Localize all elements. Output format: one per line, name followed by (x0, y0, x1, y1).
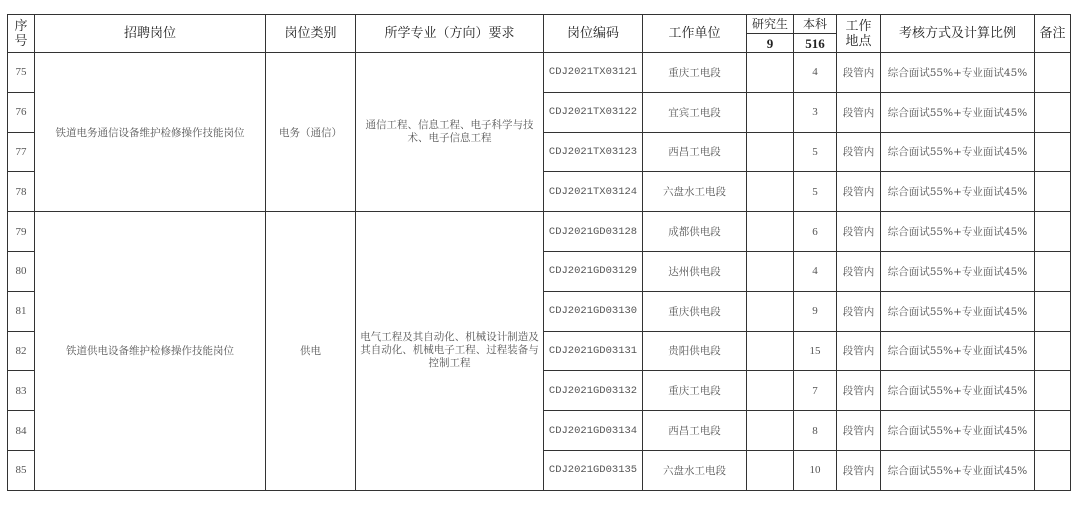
row-bachelor: 10 (794, 450, 837, 490)
header-grad-total: 9 (747, 34, 794, 53)
row-bachelor: 3 (794, 92, 837, 132)
row-code: CDJ2021TX03124 (544, 172, 643, 212)
header-location-label: 工作地点 (845, 19, 873, 49)
row-code: CDJ2021GD03132 (544, 371, 643, 411)
header-major: 所学专业（方向）要求 (356, 15, 544, 53)
row-seq: 78 (8, 172, 35, 212)
table-body: 75 铁道电务通信设备维护检修操作技能岗位 电务（通信） 通信工程、信息工程、电… (8, 53, 1071, 491)
row-bachelor: 4 (794, 53, 837, 93)
row-remark (1035, 92, 1071, 132)
row-method: 综合面试55%+专业面试45% (881, 53, 1035, 93)
row-unit: 重庆工电段 (643, 53, 747, 93)
row-grad (747, 53, 794, 93)
header-bachelor: 本科 (794, 15, 837, 34)
row-seq: 76 (8, 92, 35, 132)
row-bachelor: 15 (794, 331, 837, 371)
row-code: CDJ2021GD03135 (544, 450, 643, 490)
row-code: CDJ2021GD03129 (544, 251, 643, 291)
row-seq: 79 (8, 212, 35, 252)
row-seq: 82 (8, 331, 35, 371)
row-unit: 成都供电段 (643, 212, 747, 252)
row-location: 段管内 (837, 53, 881, 93)
row-unit: 六盘水工电段 (643, 172, 747, 212)
row-bachelor: 7 (794, 371, 837, 411)
row-unit: 重庆工电段 (643, 371, 747, 411)
category-cell: 电务（通信） (266, 53, 356, 212)
row-method: 综合面试55%+专业面试45% (881, 132, 1035, 172)
category-cell: 供电 (266, 212, 356, 491)
row-method: 综合面试55%+专业面试45% (881, 251, 1035, 291)
row-remark (1035, 450, 1071, 490)
row-remark (1035, 331, 1071, 371)
row-location: 段管内 (837, 251, 881, 291)
row-seq: 81 (8, 291, 35, 331)
row-bachelor: 9 (794, 291, 837, 331)
row-remark (1035, 132, 1071, 172)
row-seq: 83 (8, 371, 35, 411)
row-bachelor: 4 (794, 251, 837, 291)
header-position: 招聘岗位 (35, 15, 266, 53)
header-code: 岗位编码 (544, 15, 643, 53)
row-bachelor: 8 (794, 411, 837, 451)
row-grad (747, 291, 794, 331)
row-code: CDJ2021TX03122 (544, 92, 643, 132)
row-bachelor: 6 (794, 212, 837, 252)
row-method: 综合面试55%+专业面试45% (881, 291, 1035, 331)
row-unit: 贵阳供电段 (643, 331, 747, 371)
row-method: 综合面试55%+专业面试45% (881, 172, 1035, 212)
table-row: 75 铁道电务通信设备维护检修操作技能岗位 电务（通信） 通信工程、信息工程、电… (8, 53, 1071, 93)
row-seq: 84 (8, 411, 35, 451)
row-remark (1035, 411, 1071, 451)
header-unit: 工作单位 (643, 15, 747, 53)
row-code: CDJ2021GD03134 (544, 411, 643, 451)
row-seq: 77 (8, 132, 35, 172)
row-grad (747, 371, 794, 411)
row-unit: 重庆供电段 (643, 291, 747, 331)
row-location: 段管内 (837, 450, 881, 490)
row-location: 段管内 (837, 92, 881, 132)
row-unit: 达州供电段 (643, 251, 747, 291)
row-method: 综合面试55%+专业面试45% (881, 411, 1035, 451)
header-grad: 研究生 (747, 15, 794, 34)
header-seq: 序号 (8, 15, 35, 53)
row-method: 综合面试55%+专业面试45% (881, 92, 1035, 132)
row-code: CDJ2021GD03131 (544, 331, 643, 371)
row-method: 综合面试55%+专业面试45% (881, 450, 1035, 490)
row-grad (747, 331, 794, 371)
recruitment-table: 序号 招聘岗位 岗位类别 所学专业（方向）要求 岗位编码 工作单位 研究生 本科… (7, 14, 1071, 491)
header-bachelor-total: 516 (794, 34, 837, 53)
row-unit: 西昌工电段 (643, 132, 747, 172)
row-grad (747, 450, 794, 490)
row-code: CDJ2021GD03130 (544, 291, 643, 331)
row-seq: 75 (8, 53, 35, 93)
row-code: CDJ2021GD03128 (544, 212, 643, 252)
row-location: 段管内 (837, 291, 881, 331)
row-remark (1035, 251, 1071, 291)
major-cell: 电气工程及其自动化、机械设计制造及其自动化、机械电子工程、过程装备与控制工程 (356, 212, 544, 491)
row-location: 段管内 (837, 371, 881, 411)
major-cell: 通信工程、信息工程、电子科学与技术、电子信息工程 (356, 53, 544, 212)
table-row: 79 铁道供电设备维护检修操作技能岗位 供电 电气工程及其自动化、机械设计制造及… (8, 212, 1071, 252)
position-cell: 铁道电务通信设备维护检修操作技能岗位 (35, 53, 266, 212)
row-remark (1035, 291, 1071, 331)
row-location: 段管内 (837, 331, 881, 371)
row-location: 段管内 (837, 411, 881, 451)
row-seq: 80 (8, 251, 35, 291)
row-code: CDJ2021TX03123 (544, 132, 643, 172)
row-bachelor: 5 (794, 132, 837, 172)
header-remark: 备注 (1035, 15, 1071, 53)
row-location: 段管内 (837, 172, 881, 212)
row-method: 综合面试55%+专业面试45% (881, 331, 1035, 371)
row-grad (747, 411, 794, 451)
row-grad (747, 132, 794, 172)
row-grad (747, 172, 794, 212)
row-remark (1035, 53, 1071, 93)
row-method: 综合面试55%+专业面试45% (881, 371, 1035, 411)
row-location: 段管内 (837, 132, 881, 172)
header-seq-label: 序号 (15, 19, 28, 49)
row-unit: 六盘水工电段 (643, 450, 747, 490)
row-unit: 宜宾工电段 (643, 92, 747, 132)
row-remark (1035, 172, 1071, 212)
row-code: CDJ2021TX03121 (544, 53, 643, 93)
header-method: 考核方式及计算比例 (881, 15, 1035, 53)
header-location: 工作地点 (837, 15, 881, 53)
row-bachelor: 5 (794, 172, 837, 212)
row-remark (1035, 212, 1071, 252)
row-method: 综合面试55%+专业面试45% (881, 212, 1035, 252)
row-unit: 西昌工电段 (643, 411, 747, 451)
row-seq: 85 (8, 450, 35, 490)
position-cell: 铁道供电设备维护检修操作技能岗位 (35, 212, 266, 491)
header-category: 岗位类别 (266, 15, 356, 53)
row-remark (1035, 371, 1071, 411)
row-location: 段管内 (837, 212, 881, 252)
row-grad (747, 212, 794, 252)
row-grad (747, 92, 794, 132)
table-header: 序号 招聘岗位 岗位类别 所学专业（方向）要求 岗位编码 工作单位 研究生 本科… (8, 15, 1071, 53)
row-grad (747, 251, 794, 291)
